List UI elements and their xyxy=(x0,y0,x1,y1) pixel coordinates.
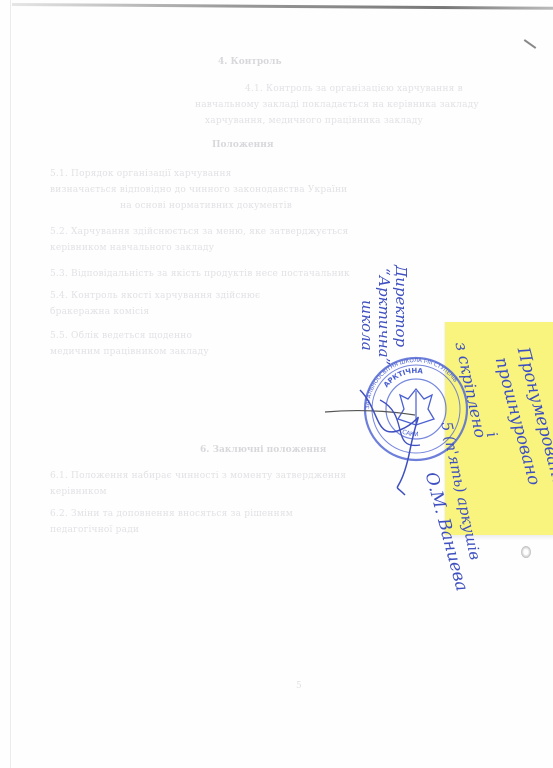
paragraph-line: харчування, медичного працівника закладу xyxy=(205,115,423,128)
section-heading: 4. Контроль xyxy=(218,57,282,67)
body-line: 5.2. Харчування здійснюється за меню, як… xyxy=(50,226,348,239)
body-line: визначається відповідно до чинного закон… xyxy=(50,184,347,197)
body-line: 5.3. Відповідальність за якість продукті… xyxy=(50,268,350,281)
body-line: 5.1. Порядок організації харчування xyxy=(50,168,232,181)
body-line: 5.4. Контроль якості харчування здійснює xyxy=(50,290,260,303)
handwritten-annotation-line: “Арктична” xyxy=(375,268,393,365)
scan-mark xyxy=(524,39,537,49)
punch-hole xyxy=(521,546,531,558)
page-number: 5 xyxy=(296,680,302,693)
paragraph-line: навчальному закладі покладається на кері… xyxy=(195,99,479,112)
page-left-edge xyxy=(10,0,11,768)
handwritten-annotation-line: Директор xyxy=(392,265,410,347)
body-line: бракеражна комісія xyxy=(50,306,149,319)
paragraph-line: 4.1. Контроль за організацією харчування… xyxy=(245,83,463,96)
sub-heading: 6. Заключні положення xyxy=(200,445,326,455)
body-line: 6.1. Положення набирає чинності з момент… xyxy=(50,470,346,483)
body-line: на основі нормативних документів xyxy=(120,200,292,213)
body-line: 5.5. Облік ведеться щоденно xyxy=(50,330,192,343)
page-top-edge xyxy=(12,3,553,10)
body-line: педагогічної ради xyxy=(50,524,139,537)
body-line: керівником навчального закладу xyxy=(50,242,214,255)
body-line: 6.2. Зміни та доповнення вносяться за рі… xyxy=(50,508,293,521)
body-line: керівником xyxy=(50,486,107,499)
scanned-page: 4. Контроль 4.1. Контроль за організаціє… xyxy=(0,0,553,768)
sub-heading: Положення xyxy=(212,140,274,150)
body-line: медичним працівником закладу xyxy=(50,346,209,359)
handwritten-annotation-line: школа xyxy=(358,300,376,351)
